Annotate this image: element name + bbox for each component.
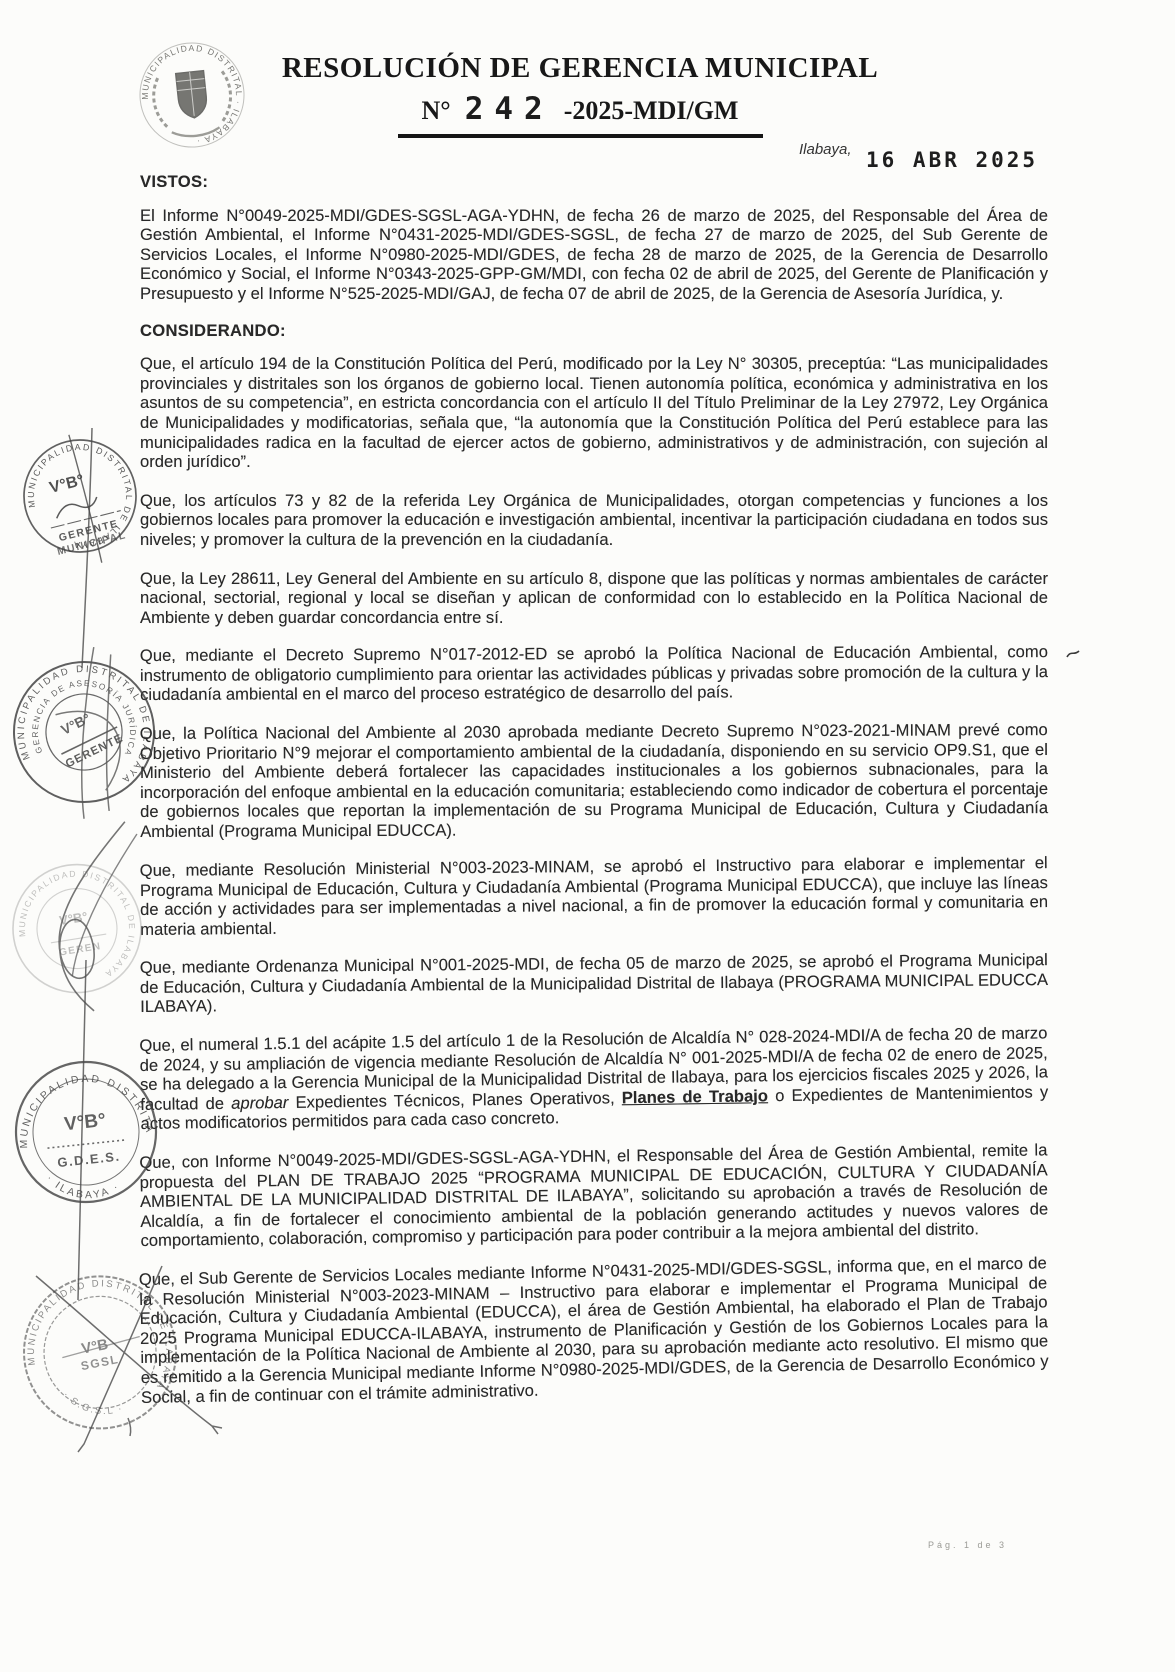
margin-ink-mark (1066, 648, 1080, 660)
svg-text:· S.G.S.L ·: · S.G.S.L · (60, 1380, 126, 1426)
crest-laurel-left (152, 77, 168, 128)
considerando-paragraph-9: Que, con Informe N°0049-2025-MDI/GDES-SG… (139, 1140, 1048, 1251)
p8-italic-word: aprobar (231, 1092, 288, 1112)
stamp5-line1: SGSL (80, 1352, 121, 1373)
stamp3-line1: GEREN (58, 941, 102, 959)
svg-text:MUNICIPALIDAD DISTRITAL DE ILA: MUNICIPALIDAD DISTRITAL DE ILABAYA (14, 430, 145, 561)
header-title-block: RESOLUCIÓN DE GERENCIA MUNICIPAL N°242-2… (250, 52, 910, 138)
vistos-paragraph: El Informe N°0049-2025-MDI/GDES-SGSL-AGA… (140, 206, 1048, 304)
stamp4-line1: G.D.E.S. (57, 1149, 122, 1171)
svg-text:MUNICIPALIDAD DISTRITAL: MUNICIPALIDAD DISTRITAL (0, 1034, 155, 1151)
stamp3-signature-loops (41, 822, 153, 1015)
stamp4-ring-bottom-text: · ILABAYA · (43, 1166, 123, 1206)
svg-text:MUNICIPALIDAD DISTRITAL DE ILA: MUNICIPALIDAD DISTRITAL DE ILABAYA (8, 860, 145, 993)
stamp3-ring-text: MUNICIPALIDAD DISTRITAL DE ILABAYA (8, 860, 145, 993)
number-prefix: N° (422, 96, 451, 125)
stamp5-ring-bottom-text: · S.G.S.L · (60, 1380, 126, 1426)
stamp2-line1: GERENTE (64, 732, 126, 770)
stamp2-ring2-text: GERENCIA DE ASESORÍA JURÍDICA (12, 660, 152, 796)
stamp1-signature (54, 497, 99, 518)
considerando-paragraph-4: Que, mediante el Decreto Supremo N°017-2… (140, 642, 1048, 705)
stamp1-vobo: V°B° (48, 472, 86, 497)
stamp4-ring-top-text: MUNICIPALIDAD DISTRITAL (0, 1034, 155, 1151)
date-received-stamp: 16 ABR 2025 (866, 148, 1038, 172)
stamp1-line1: GERENTE (58, 518, 120, 544)
considerando-paragraph-7: Que, mediante Ordenanza Municipal N°001-… (140, 950, 1048, 1017)
considerando-paragraph-6: Que, mediante Resolución Ministerial N°0… (140, 853, 1049, 939)
dateline-place: Ilabaya, (799, 141, 852, 158)
p8-part2: Expedientes Técnicos, Planes Operativos, (288, 1088, 622, 1112)
svg-text:· ILABAYA ·: · ILABAYA · (43, 1166, 123, 1206)
considerando-paragraph-8: Que, el numeral 1.5.1 del acápite 1.5 de… (139, 1023, 1048, 1134)
stamp2-vobo: V°B° (58, 710, 93, 738)
considerando-label: CONSIDERANDO: (140, 321, 1048, 341)
vistos-label: VISTOS: (140, 172, 1048, 192)
stamp1-line2: MUNICIPAL (56, 529, 128, 558)
resolution-body: VISTOS: El Informe N°0049-2025-MDI/GDES-… (140, 172, 1048, 1426)
stamp1-ring-text: MUNICIPALIDAD DISTRITAL DE ILABAYA (14, 430, 145, 561)
considerando-paragraph-1: Que, el artículo 194 de la Constitución … (140, 354, 1048, 472)
document-page: MUNICIPALIDAD DISTRITAL · ILABAYA · RESO… (0, 0, 1175, 1672)
resolution-number-stamp: 242 (465, 91, 554, 127)
title-underline (398, 134, 763, 138)
stamp4-vobo: V°B° (63, 1110, 107, 1135)
svg-text:GERENCIA DE ASESORÍA JURÍDICA: GERENCIA DE ASESORÍA JURÍDICA (12, 660, 152, 796)
considerando-paragraph-3: Que, la Ley 28611, Ley General del Ambie… (140, 569, 1048, 628)
resolution-number-line: N°242-2025-MDI/GM (250, 91, 910, 127)
stamp-gerente-municipal: MUNICIPALIDAD DISTRITAL DE ILABAYA V°B° … (0, 406, 162, 585)
p8-bold-underline: Planes de Trabajo (622, 1086, 768, 1107)
considerando-paragraph-10: Que, el Sub Gerente de Servicios Locales… (139, 1253, 1049, 1407)
document-title: RESOLUCIÓN DE GERENCIA MUNICIPAL (250, 52, 910, 85)
number-suffix: -2025-MDI/GM (564, 96, 739, 125)
considerando-paragraph-2: Que, los artículos 73 y 82 de la referid… (140, 491, 1048, 550)
stamp3-vobo: V°B° (58, 909, 88, 928)
page-number: Pág. 1 de 3 (928, 1540, 1007, 1550)
stamp5-vobo: V°B (80, 1336, 110, 1358)
municipal-crest-icon: MUNICIPALIDAD DISTRITAL · ILABAYA · (128, 26, 257, 163)
considerando-paragraph-5: Que, la Política Nacional del Ambiente a… (140, 720, 1049, 842)
